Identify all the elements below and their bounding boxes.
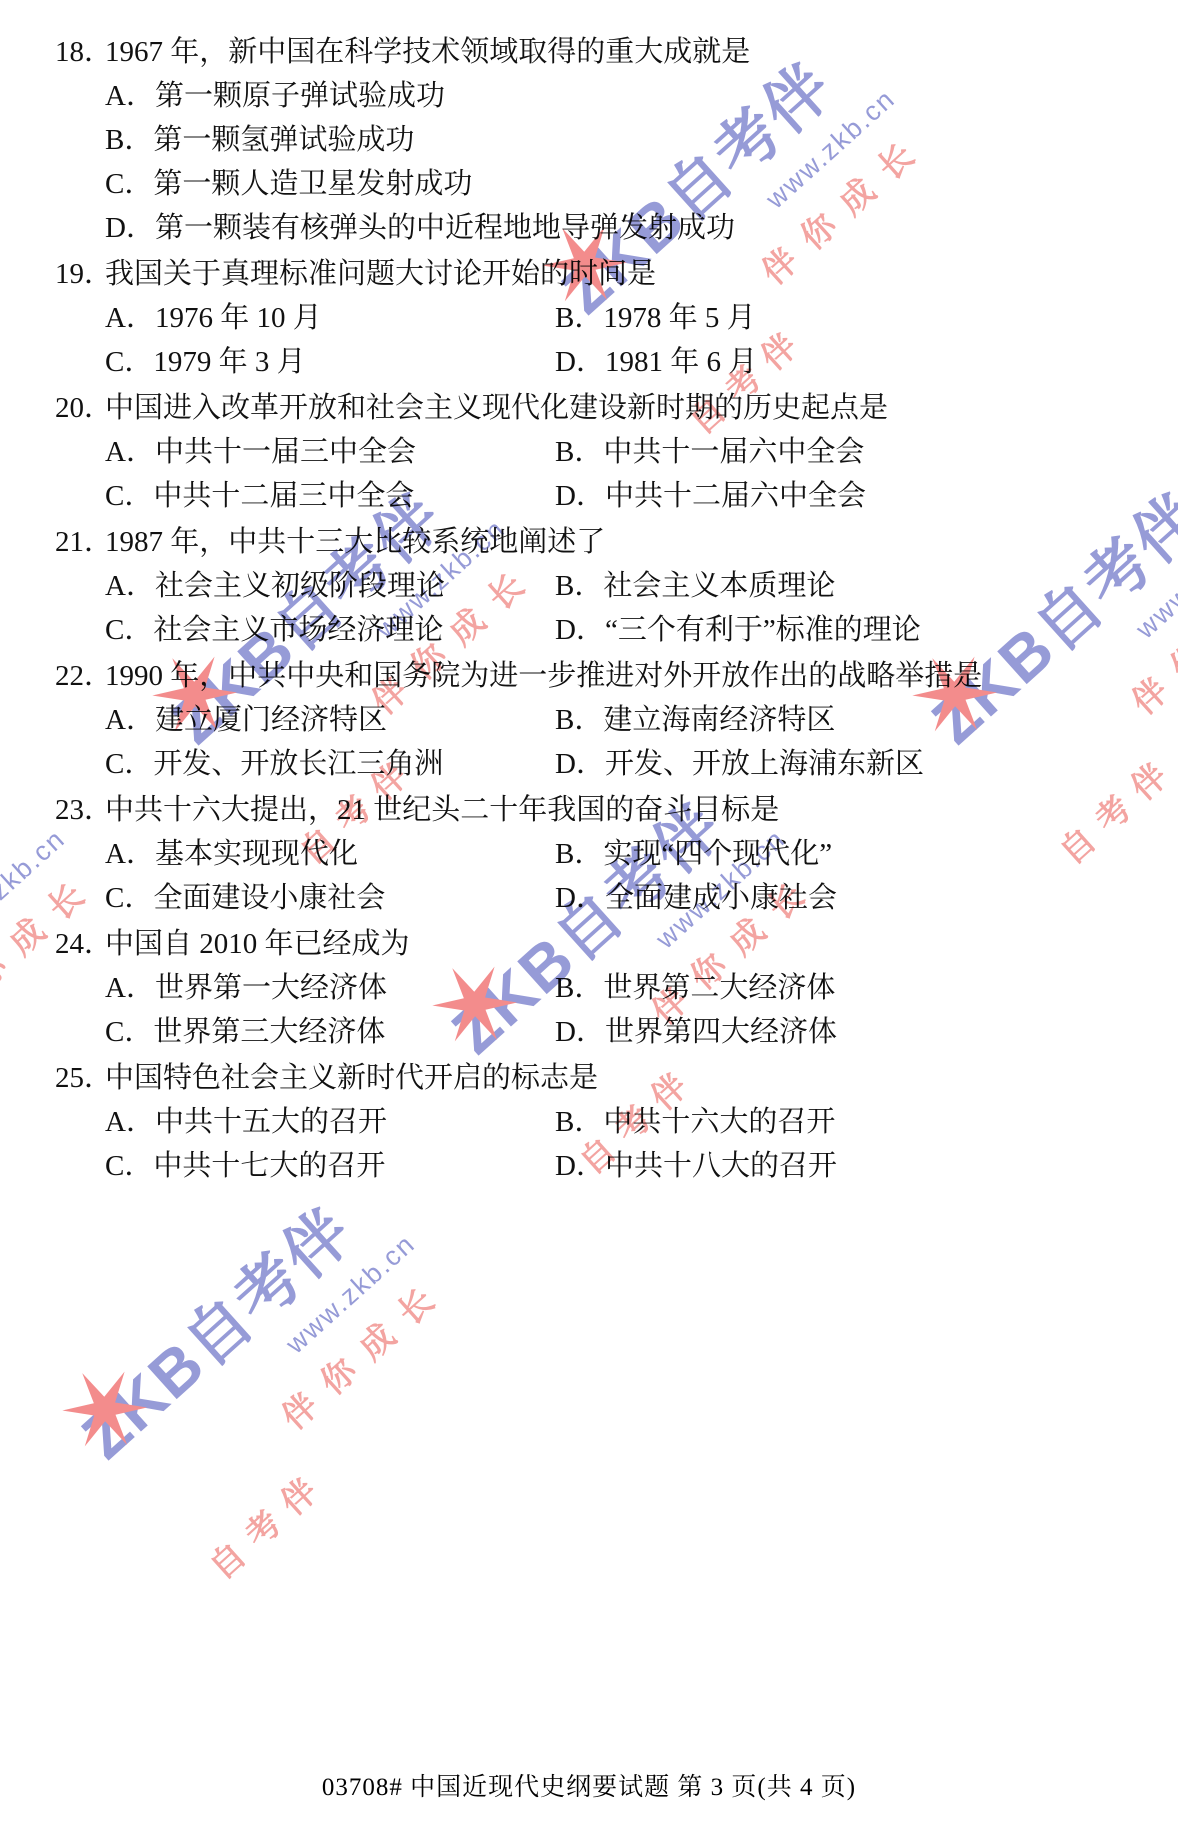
option: C．中共十二届三中全会: [105, 474, 555, 518]
question-number: 24．: [55, 922, 113, 966]
question-stem: 我国关于真理标准问题大讨论开始的时间是: [105, 252, 1135, 296]
options: A．第一颗原子弹试验成功B．第一颗氢弹试验成功C．第一颗人造卫星发射成功D．第一…: [105, 74, 1135, 250]
option-label: D．: [555, 1010, 605, 1054]
watermark-url: www.zkb.cn: [1130, 443, 1178, 645]
option: A．第一颗原子弹试验成功: [105, 74, 1135, 118]
option-text: 中共十五大的召开: [155, 1106, 387, 1138]
option-text: 基本实现现代化: [155, 838, 358, 870]
page-footer: 03708# 中国近现代史纲要试题 第 3 页(共 4 页): [0, 1767, 1178, 1803]
option-text: 全面建成小康社会: [605, 882, 837, 914]
option-label: D．: [555, 742, 605, 786]
option-label: D．: [555, 340, 605, 384]
option: C．社会主义市场经济理论: [105, 608, 555, 652]
option-text: 中共十八大的召开: [605, 1150, 837, 1182]
option: A．1976 年 10 月: [105, 296, 555, 340]
option-label: B．: [555, 564, 603, 608]
option-text: 1981 年 6 月: [605, 346, 757, 378]
option-label: A．: [105, 832, 155, 876]
option: B．建立海南经济特区: [555, 698, 1135, 742]
option-label: B．: [555, 430, 603, 474]
option: B．世界第二大经济体: [555, 966, 1135, 1010]
option-label: A．: [105, 296, 155, 340]
watermark-slogan: 伴你成长: [269, 1188, 540, 1439]
option-label: C．: [105, 876, 153, 920]
option: B．1978 年 5 月: [555, 296, 1135, 340]
option-label: C．: [105, 162, 153, 206]
option-label: C．: [105, 1144, 153, 1188]
option-label: C．: [105, 608, 153, 652]
question-stem: 中共十六大提出，21 世纪头二十年我国的奋斗目标是: [105, 788, 1135, 832]
option-label: B．: [555, 296, 603, 340]
option: A．世界第一大经济体: [105, 966, 555, 1010]
options: A．建立厦门经济特区B．建立海南经济特区C．开发、开放长江三角洲D．开发、开放上…: [105, 698, 1135, 786]
option: A．基本实现现代化: [105, 832, 555, 876]
option-label: B．: [105, 118, 153, 162]
option: C．全面建设小康社会: [105, 876, 555, 920]
option: B．第一颗氢弹试验成功: [105, 118, 1135, 162]
option-text: 实现“四个现代化”: [603, 838, 832, 870]
option-text: 中共十一届三中全会: [155, 436, 416, 468]
options: A．中共十一届三中全会B．中共十一届六中全会C．中共十二届三中全会D．中共十二届…: [105, 430, 1135, 518]
question-number: 18．: [55, 30, 113, 74]
question-number: 25．: [55, 1056, 113, 1100]
option-text: 世界第一大经济体: [155, 972, 387, 1004]
option-text: 中共十七大的召开: [153, 1150, 385, 1182]
options: A．基本实现现代化B．实现“四个现代化”C．全面建设小康社会D．全面建成小康社会: [105, 832, 1135, 920]
option-text: 1978 年 5 月: [603, 302, 755, 334]
watermark-brand-text: ZKB自考伴: [0, 789, 16, 1067]
option-label: B．: [555, 698, 603, 742]
option: D．第一颗装有核弹头的中近程地地导弹发射成功: [105, 206, 1135, 250]
option-text: 第一颗装有核弹头的中近程地地导弹发射成功: [155, 212, 735, 244]
option-text: 中共十二届六中全会: [605, 480, 866, 512]
option: C．第一颗人造卫星发射成功: [105, 162, 1135, 206]
watermark-brand-text: ZKB自考伴: [68, 1194, 366, 1472]
question-stem: 中国自 2010 年已经成为: [105, 922, 1135, 966]
option: D．1981 年 6 月: [555, 340, 1135, 384]
option-label: C．: [105, 742, 153, 786]
option: B．社会主义本质理论: [555, 564, 1135, 608]
question-number: 19．: [55, 252, 113, 296]
option: C．世界第三大经济体: [105, 1010, 555, 1054]
option-label: C．: [105, 340, 153, 384]
option: B．中共十一届六中全会: [555, 430, 1135, 474]
option-label: D．: [555, 608, 605, 652]
option-text: 世界第四大经济体: [605, 1016, 837, 1048]
star-icon: ✶: [32, 1330, 182, 1491]
option: B．实现“四个现代化”: [555, 832, 1135, 876]
option: D．世界第四大经济体: [555, 1010, 1135, 1054]
option-label: D．: [555, 876, 605, 920]
question: 20．中国进入改革开放和社会主义现代化建设新时期的历史起点是A．中共十一届三中全…: [55, 386, 1135, 518]
option-text: 建立海南经济特区: [603, 704, 835, 736]
option: A．社会主义初级阶段理论: [105, 564, 555, 608]
option-text: 社会主义市场经济理论: [153, 614, 443, 646]
option: C．开发、开放长江三角洲: [105, 742, 555, 786]
option-label: D．: [555, 1144, 605, 1188]
option-label: D．: [555, 474, 605, 518]
option-text: 中共十二届三中全会: [153, 480, 414, 512]
option-label: B．: [555, 832, 603, 876]
question-stem: 1967 年，新中国在科学技术领域取得的重大成就是: [105, 30, 1135, 74]
option-text: 1976 年 10 月: [155, 302, 322, 334]
option: C．1979 年 3 月: [105, 340, 555, 384]
option-label: A．: [105, 564, 155, 608]
option: C．中共十七大的召开: [105, 1144, 555, 1188]
question: 24．中国自 2010 年已经成为A．世界第一大经济体B．世界第二大经济体C．世…: [55, 922, 1135, 1054]
question-number: 23．: [55, 788, 113, 832]
option-label: C．: [105, 474, 153, 518]
option-text: 开发、开放上海浦东新区: [605, 748, 924, 780]
option: D．“三个有利于”标准的理论: [555, 608, 1135, 652]
question: 23．中共十六大提出，21 世纪头二十年我国的奋斗目标是A．基本实现现代化B．实…: [55, 788, 1135, 920]
option: D．中共十八大的召开: [555, 1144, 1135, 1188]
option-label: A．: [105, 74, 155, 118]
option-label: A．: [105, 1100, 155, 1144]
option-text: 中共十一届六中全会: [603, 436, 864, 468]
option-label: D．: [105, 206, 155, 250]
option-text: 1979 年 3 月: [153, 346, 305, 378]
option-text: 开发、开放长江三角洲: [153, 748, 443, 780]
question: 22．1990 年，中共中央和国务院为进一步推进对外开放作出的战略举措是A．建立…: [55, 654, 1135, 786]
question-stem: 中国特色社会主义新时代开启的标志是: [105, 1056, 1135, 1100]
options: A．世界第一大经济体B．世界第二大经济体C．世界第三大经济体D．世界第四大经济体: [105, 966, 1135, 1054]
option: A．中共十一届三中全会: [105, 430, 555, 474]
option-text: 社会主义初级阶段理论: [155, 570, 445, 602]
option-text: 世界第二大经济体: [603, 972, 835, 1004]
option-label: C．: [105, 1010, 153, 1054]
option: D．中共十二届六中全会: [555, 474, 1135, 518]
exam-page: ✶ZKB自考伴 www.zkb.cn 伴你成长 自考伴 ✶ZKB自考伴 www.…: [0, 0, 1178, 1827]
option: B．中共十六大的召开: [555, 1100, 1135, 1144]
option-label: A．: [105, 698, 155, 742]
option: A．中共十五大的召开: [105, 1100, 555, 1144]
watermark-brand-cn: 自考伴: [197, 1235, 582, 1589]
option: D．全面建成小康社会: [555, 876, 1135, 920]
question: 25．中国特色社会主义新时代开启的标志是A．中共十五大的召开B．中共十六大的召开…: [55, 1056, 1135, 1188]
question: 21．1987 年，中共十三大比较系统地阐述了A．社会主义初级阶段理论B．社会主…: [55, 520, 1135, 652]
question-number: 21．: [55, 520, 113, 564]
question-number: 20．: [55, 386, 113, 430]
option-text: “三个有利于”标准的理论: [605, 614, 921, 646]
option-label: B．: [555, 1100, 603, 1144]
option-text: 第一颗氢弹试验成功: [153, 124, 414, 156]
option: D．开发、开放上海浦东新区: [555, 742, 1135, 786]
question-number: 22．: [55, 654, 113, 698]
options: A．1976 年 10 月B．1978 年 5 月C．1979 年 3 月D．1…: [105, 296, 1135, 384]
option-text: 社会主义本质理论: [603, 570, 835, 602]
questions: 18．1967 年，新中国在科学技术领域取得的重大成就是A．第一颗原子弹试验成功…: [55, 30, 1135, 1190]
option-text: 全面建设小康社会: [153, 882, 385, 914]
question: 19．我国关于真理标准问题大讨论开始的时间是A．1976 年 10 月B．197…: [55, 252, 1135, 384]
options: A．社会主义初级阶段理论B．社会主义本质理论C．社会主义市场经济理论D．“三个有…: [105, 564, 1135, 652]
option-text: 建立厦门经济特区: [155, 704, 387, 736]
option-label: A．: [105, 966, 155, 1010]
option-text: 第一颗原子弹试验成功: [155, 80, 445, 112]
question-stem: 1987 年，中共十三大比较系统地阐述了: [105, 520, 1135, 564]
question-stem: 1990 年，中共中央和国务院为进一步推进对外开放作出的战略举措是: [105, 654, 1135, 698]
option-text: 第一颗人造卫星发射成功: [153, 168, 472, 200]
option: A．建立厦门经济特区: [105, 698, 555, 742]
question: 18．1967 年，新中国在科学技术领域取得的重大成就是A．第一颗原子弹试验成功…: [55, 30, 1135, 250]
option-text: 世界第三大经济体: [153, 1016, 385, 1048]
options: A．中共十五大的召开B．中共十六大的召开C．中共十七大的召开D．中共十八大的召开: [105, 1100, 1135, 1188]
option-text: 中共十六大的召开: [603, 1106, 835, 1138]
option-label: A．: [105, 430, 155, 474]
question-stem: 中国进入改革开放和社会主义现代化建设新时期的历史起点是: [105, 386, 1135, 430]
option-label: B．: [555, 966, 603, 1010]
